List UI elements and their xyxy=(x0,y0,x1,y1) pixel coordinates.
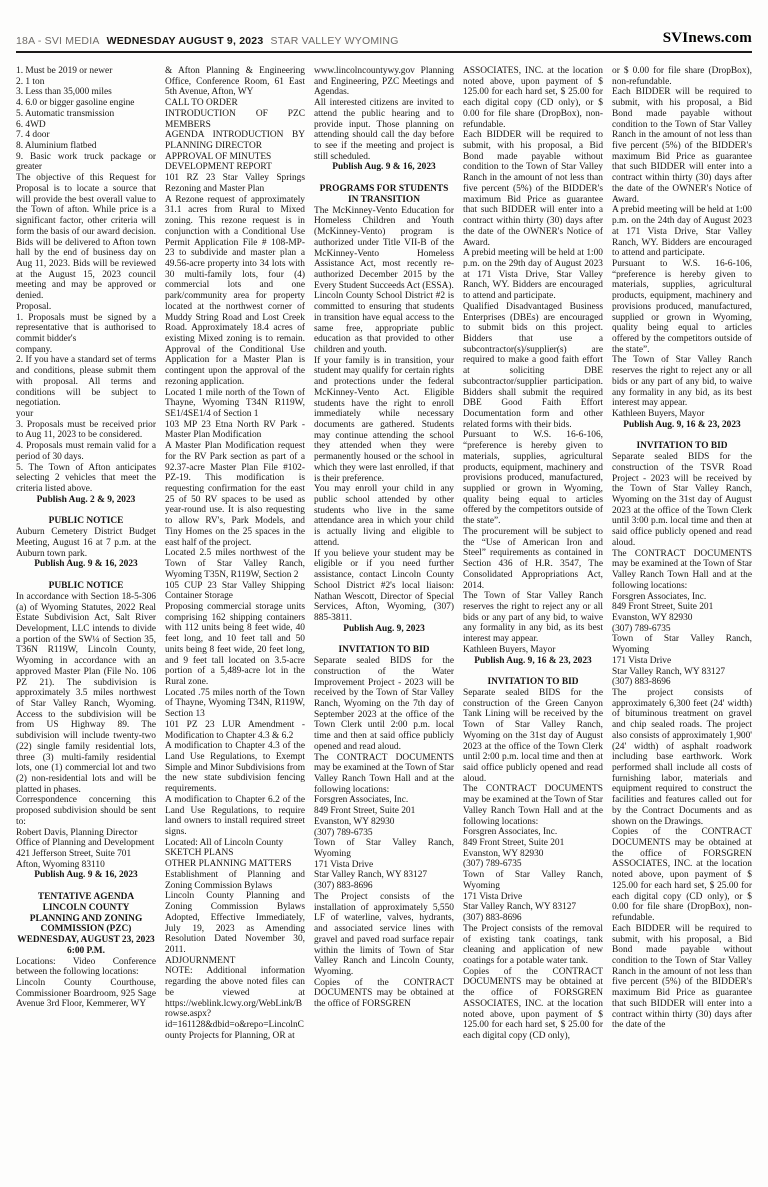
notice-paragraph: The Town of Star Valley Ranch reserves t… xyxy=(463,591,603,645)
notice-line: Evanston, WY 82930 xyxy=(612,613,752,624)
notice-line: Forsgren Associates, Inc. xyxy=(463,827,603,838)
publish-line: Publish Aug. 9, 16 & 23, 2023 xyxy=(463,656,603,667)
notice-line: 7. 4 door xyxy=(16,130,156,141)
notice-paragraph: Town of Star Valley Ranch, Wyoming xyxy=(314,838,454,859)
notice-paragraph: Locations: Video Conference between the … xyxy=(16,957,156,978)
notice-paragraph: Each BIDDER will be required to submit, … xyxy=(612,87,752,205)
notice-paragraph: Pursuant to W.S. 16-6-106, “preference i… xyxy=(463,430,603,526)
notice-line: Star Valley Ranch, WY 83127 xyxy=(612,667,752,678)
notice-paragraph: A prebid meeting will be held at 1:00 p.… xyxy=(463,248,603,302)
notice-paragraph: 105 CUP 23 Star Valley Shipping Containe… xyxy=(165,581,305,602)
notice-paragraph: Town of Star Valley Ranch, Wyoming xyxy=(463,870,603,891)
column-3: www.lincolncountywy.gov Planning and Eng… xyxy=(314,66,454,1042)
notice-paragraph: 5. The Town of Afton anticipates selecti… xyxy=(16,463,156,495)
notice-paragraph: Each BIDDER will be required to submit, … xyxy=(463,130,603,248)
column-4: ASSOCIATES, INC. at the location noted a… xyxy=(463,66,603,1042)
notice-paragraph: or $ 0.00 for file share (DropBox), non-… xyxy=(612,66,752,87)
column-1: 1. Must be 2019 or newer2. 1 ton3. Less … xyxy=(16,66,156,1042)
notice-paragraph: Office of Planning and Development xyxy=(16,838,156,849)
notice-paragraph: 2. If you have a standard set of terms a… xyxy=(16,355,156,409)
notice-heading: PROGRAMS FOR STUDENTS IN TRANSITION xyxy=(314,184,454,205)
notice-heading: PUBLIC NOTICE xyxy=(16,581,156,592)
header-left: 18A - SVI MEDIA WEDNESDAY AUGUST 9, 2023… xyxy=(16,35,403,47)
notice-paragraph: 101 PZ 23 LUR Amendment - Modification t… xyxy=(165,720,305,741)
notice-paragraph: The McKinney-Vento Education for Homeles… xyxy=(314,206,454,292)
notice-line: Star Valley Ranch, WY 83127 xyxy=(314,870,454,881)
notice-line: 4. 6.0 or bigger gasoline engine xyxy=(16,98,156,109)
notice-line: Forsgren Associates, Inc. xyxy=(612,592,752,603)
notice-paragraph: 103 MP 23 Etna North RV Park - Master Pl… xyxy=(165,420,305,441)
notice-line: CALL TO ORDER xyxy=(165,98,305,109)
notice-paragraph: Proposing commercial storage units compr… xyxy=(165,602,305,688)
notice-paragraph: The project consists of approximately 6,… xyxy=(612,688,752,827)
notice-line: Evanston, WY 82930 xyxy=(463,849,603,860)
notice-line: 421 Jefferson Street, Suite 701 xyxy=(16,849,156,860)
notice-paragraph: Establishment of Planning and Zoning Com… xyxy=(165,870,305,891)
notice-paragraph: Located .75 miles north of the Town of T… xyxy=(165,688,305,720)
notice-paragraph: Auburn Cemetery District Budget Meeting,… xyxy=(16,527,156,559)
notice-paragraph: INTRODUCTION OF PZC MEMBERS xyxy=(165,109,305,130)
notice-paragraph: Copies of the CONTRACT DOCUMENTS may be … xyxy=(612,827,752,923)
notice-paragraph: Correspondence concerning this proposed … xyxy=(16,795,156,827)
notice-paragraph: Lincoln County Courthouse, Commissioner … xyxy=(16,978,156,1010)
notice-paragraph: 101 RZ 23 Star Valley Springs Rezoning a… xyxy=(165,173,305,194)
publish-line: Publish Aug. 9, 2023 xyxy=(314,624,454,635)
page-label: 18A - SVI MEDIA xyxy=(16,35,100,47)
notice-line: Kathleen Buyers, Mayor xyxy=(463,645,603,656)
notice-columns: 1. Must be 2019 or newer2. 1 ton3. Less … xyxy=(16,66,752,1042)
notice-line: 849 Front Street, Suite 201 xyxy=(314,806,454,817)
notice-paragraph: 4. Proposals must remain valid for a per… xyxy=(16,441,156,462)
notice-line: 1. Must be 2019 or newer xyxy=(16,66,156,77)
notice-paragraph: In accordance with Section 18-5-306 (a) … xyxy=(16,592,156,796)
notice-line: 849 Front Street, Suite 201 xyxy=(612,602,752,613)
notice-line: 171 Vista Drive xyxy=(463,892,603,903)
notice-paragraph: The Project consists of the removal of e… xyxy=(463,924,603,967)
notice-line: Kathleen Buyers, Mayor xyxy=(612,409,752,420)
notice-line: (307) 789-6735 xyxy=(612,624,752,635)
notice-paragraph: Lincoln County School District #2 is com… xyxy=(314,291,454,355)
notice-line: Robert Davis, Planning Director xyxy=(16,828,156,839)
notice-line: 5. Automatic transmission xyxy=(16,109,156,120)
notice-line: (307) 883-8696 xyxy=(314,881,454,892)
publish-line: Publish Aug. 9, 16 & 23, 2023 xyxy=(612,420,752,431)
notice-paragraph: The Project consists of the installation… xyxy=(314,892,454,978)
publish-line: Publish Aug. 9 & 16, 2023 xyxy=(16,559,156,570)
notice-paragraph: 3. Proposals must be received prior to A… xyxy=(16,420,156,441)
notice-line: 171 Vista Drive xyxy=(314,860,454,871)
column-2: & Afton Planning & Engineering Office, C… xyxy=(165,66,305,1042)
notice-paragraph: A modification to Chapter 6.2 of the Lan… xyxy=(165,795,305,838)
notice-line: 2. 1 ton xyxy=(16,77,156,88)
notice-paragraph: All interested citizens are invited to a… xyxy=(314,98,454,162)
notice-paragraph: The objective of this Request for Propos… xyxy=(16,173,156,302)
notice-heading: TENTATIVE AGENDA LINCOLN COUNTY PLANNING… xyxy=(16,892,156,956)
notice-paragraph: 9. Basic work truck package or greater xyxy=(16,152,156,173)
notice-line: DEVELOPMENT REPORT xyxy=(165,162,305,173)
notice-heading: INVITATION TO BID xyxy=(463,677,603,688)
header-date: WEDNESDAY AUGUST 9, 2023 xyxy=(107,35,264,47)
notice-paragraph: The CONTRACT DOCUMENTS may be examined a… xyxy=(463,784,603,827)
notice-paragraph: If you believe your student may be eligi… xyxy=(314,549,454,624)
notice-paragraph: If your family is in transition, your st… xyxy=(314,356,454,485)
notice-line: (307) 789-6735 xyxy=(314,828,454,839)
notice-paragraph: Town of Star Valley Ranch, Wyoming xyxy=(612,634,752,655)
publish-line: Publish Aug. 9 & 16, 2023 xyxy=(16,870,156,881)
notice-line: Forsgren Associates, Inc. xyxy=(314,795,454,806)
header-location: STAR VALLEY WYOMING xyxy=(271,35,399,47)
notice-line: (307) 789-6735 xyxy=(463,859,603,870)
notice-line: 3. Less than 35,000 miles xyxy=(16,87,156,98)
page-header: 18A - SVI MEDIA WEDNESDAY AUGUST 9, 2023… xyxy=(16,0,752,53)
publish-line: Publish Aug. 9 & 16, 2023 xyxy=(314,162,454,173)
notice-paragraph: AGENDA INTRODUCTION BY PLANNING DIRECTOR xyxy=(165,130,305,151)
notice-paragraph: A modification to Chapter 4.3 of the Lan… xyxy=(165,741,305,795)
publish-line: Publish Aug. 2 & 9, 2023 xyxy=(16,495,156,506)
column-5: or $ 0.00 for file share (DropBox), non-… xyxy=(612,66,752,1042)
notice-paragraph: Separate sealed BIDS for the constructio… xyxy=(314,656,454,752)
notice-line: Evanston, WY 82930 xyxy=(314,817,454,828)
notice-heading: PUBLIC NOTICE xyxy=(16,516,156,527)
notice-paragraph: www.lincolncountywy.gov Planning and Eng… xyxy=(314,66,454,98)
notice-paragraph: Copies of the CONTRACT DOCUMENTS may be … xyxy=(463,967,603,1042)
notice-paragraph: Lincoln County Planning and Zoning Commi… xyxy=(165,891,305,955)
notice-paragraph: The CONTRACT DOCUMENTS may be examined a… xyxy=(612,549,752,592)
notice-paragraph: Separate sealed BIDS for the constructio… xyxy=(612,452,752,548)
notice-paragraph: A Rezone request of approximately 31.1 a… xyxy=(165,195,305,388)
notice-paragraph: Located 2.5 miles northwest of the Town … xyxy=(165,548,305,580)
notice-line: your xyxy=(16,409,156,420)
notice-paragraph: A prebid meeting will be held at 1:00 p.… xyxy=(612,205,752,259)
notice-paragraph: Copies of the CONTRACT DOCUMENTS may be … xyxy=(314,978,454,1010)
notice-heading: INVITATION TO BID xyxy=(314,645,454,656)
notice-paragraph: NOTE: Additional information regarding t… xyxy=(165,966,305,1041)
notice-paragraph: The CONTRACT DOCUMENTS may be examined a… xyxy=(314,753,454,796)
notice-paragraph: You may enroll your child in any public … xyxy=(314,484,454,548)
notice-line: (307) 883-8696 xyxy=(463,913,603,924)
notice-paragraph: The procurement will be subject to the “… xyxy=(463,527,603,591)
notice-paragraph: & Afton Planning & Engineering Office, C… xyxy=(165,66,305,98)
notice-line: Star Valley Ranch, WY 83127 xyxy=(463,902,603,913)
notice-line: 8. Aluminium flatbed xyxy=(16,141,156,152)
notice-line: APPROVAL OF MINUTES xyxy=(165,152,305,163)
notice-paragraph: A Master Plan Modification request for t… xyxy=(165,441,305,548)
notice-paragraph: Located: All of Lincoln County xyxy=(165,838,305,849)
notice-line: company. xyxy=(16,345,156,356)
notice-line: SKETCH PLANS xyxy=(165,848,305,859)
notice-paragraph: ASSOCIATES, INC. at the location noted a… xyxy=(463,66,603,130)
notice-paragraph: Located 1 mile north of the Town of Thay… xyxy=(165,388,305,420)
notice-paragraph: Separate sealed BIDS for the constructio… xyxy=(463,688,603,784)
notice-paragraph: 1. Proposals must be signed by a represe… xyxy=(16,313,156,345)
newspaper-page: 18A - SVI MEDIA WEDNESDAY AUGUST 9, 2023… xyxy=(0,0,768,1187)
notice-paragraph: Each BIDDER will be required to submit, … xyxy=(612,924,752,1031)
notice-paragraph: The Town of Star Valley Ranch reserves t… xyxy=(612,355,752,409)
notice-line: ADJOURNMENT xyxy=(165,956,305,967)
notice-line: 171 Vista Drive xyxy=(612,656,752,667)
notice-line: OTHER PLANNING MATTERS xyxy=(165,859,305,870)
notice-line: (307) 883-8696 xyxy=(612,677,752,688)
notice-line: 6. 4WD xyxy=(16,120,156,131)
notice-paragraph: Qualified Disadvantaged Business Enterpr… xyxy=(463,302,603,431)
notice-line: Proposal. xyxy=(16,302,156,313)
notice-heading: INVITATION TO BID xyxy=(612,441,752,452)
site-masthead: SVInews.com xyxy=(663,30,752,47)
notice-line: 849 Front Street, Suite 201 xyxy=(463,838,603,849)
notice-line: Afton, Wyoming 83110 xyxy=(16,860,156,871)
notice-paragraph: Pursuant to W.S. 16-6-106, “preference i… xyxy=(612,259,752,355)
